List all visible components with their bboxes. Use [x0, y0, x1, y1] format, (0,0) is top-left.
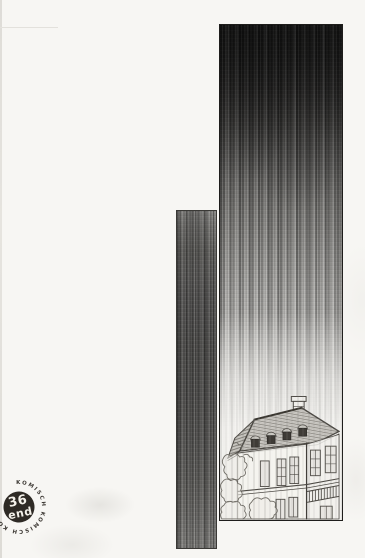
scan-scratch-line — [0, 27, 58, 28]
chapter-end-stamp: 36 end KOMISCH KOMISCH KOMISCH — [0, 476, 50, 538]
mansion-illustration — [220, 393, 342, 520]
rain-panel-strip — [176, 210, 217, 549]
rain-panel-large — [219, 24, 343, 521]
page-left-edge-line — [0, 0, 2, 558]
house-facade-right — [307, 434, 339, 519]
